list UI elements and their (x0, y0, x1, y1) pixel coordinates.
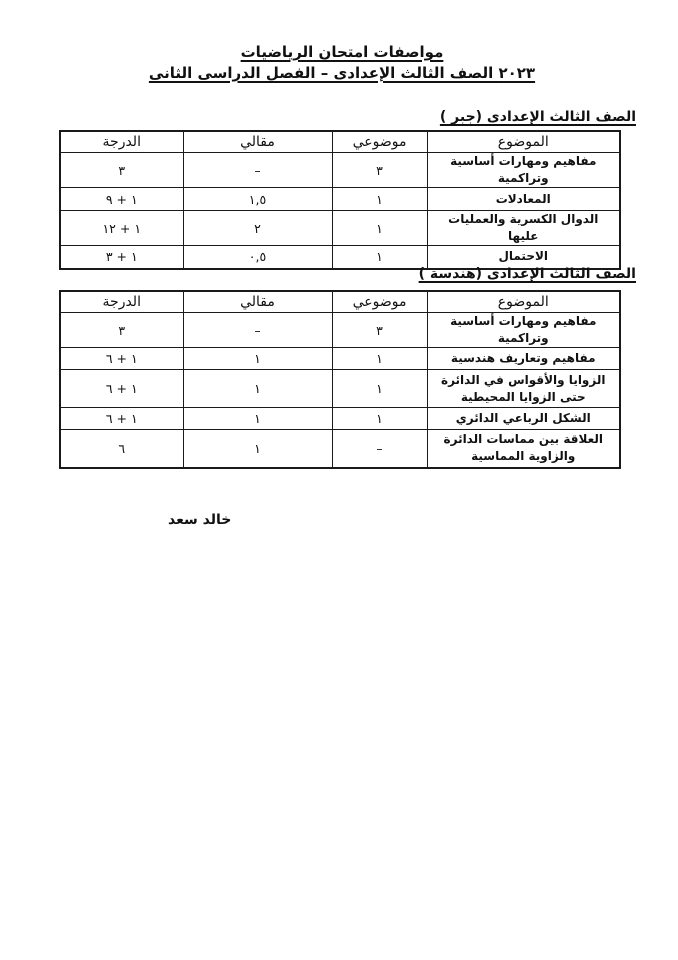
cell-topic: مفاهيم ومهارات أساسية وتراكمية (427, 313, 620, 348)
cell-topic: مفاهيم وتعاريف هندسية (427, 348, 620, 370)
cell-essay: ١ (183, 348, 332, 370)
cell-grade: ٦ (60, 430, 183, 468)
cell-essay: – (183, 313, 332, 348)
cell-objective: ٣ (332, 313, 427, 348)
column-header-topic: الموضوع (427, 291, 620, 313)
cell-essay: ١ (183, 408, 332, 430)
cell-essay: ٠,٥ (183, 246, 332, 269)
table-row: الشكل الرباعي الدائري ١ ١ ١ + ٦ (60, 408, 620, 430)
column-header-grade: الدرجة (60, 291, 183, 313)
cell-grade: ٣ (60, 313, 183, 348)
cell-grade: ١ + ٣ (60, 246, 183, 269)
table-row: الزوايا والأقواس في الدائرة حتى الزوايا … (60, 370, 620, 408)
column-header-objective: موضوعي (332, 131, 427, 153)
cell-essay: ١ (183, 430, 332, 468)
cell-objective: ١ (332, 188, 427, 211)
cell-objective: ١ (332, 211, 427, 246)
cell-grade: ١ + ٦ (60, 348, 183, 370)
column-header-topic: الموضوع (427, 131, 620, 153)
cell-topic: الزوايا والأقواس في الدائرة حتى الزوايا … (427, 370, 620, 408)
cell-objective: ١ (332, 408, 427, 430)
author-signature: خالد سعد (168, 512, 231, 528)
cell-objective: – (332, 430, 427, 468)
table-row: المعادلات ١ ١,٥ ١ + ٩ (60, 188, 620, 211)
document-subtitle: ٢٠٢٣ الصف الثالث الإعدادى – الفصل الدراس… (3, 63, 678, 83)
table-row: مفاهيم ومهارات أساسية وتراكمية ٣ – ٣ (60, 313, 620, 348)
table-header-row: الموضوع موضوعي مقالي الدرجة (60, 291, 620, 313)
cell-topic: الدوال الكسرية والعمليات عليها (427, 211, 620, 246)
algebra-section-heading: الصف الثالث الإعدادى (جبر ) (440, 108, 636, 126)
cell-topic: المعادلات (427, 188, 620, 211)
cell-grade: ١ + ٩ (60, 188, 183, 211)
geometry-spec-table: الموضوع موضوعي مقالي الدرجة مفاهيم ومهار… (59, 290, 621, 469)
cell-essay: ١,٥ (183, 188, 332, 211)
cell-essay: ٢ (183, 211, 332, 246)
cell-grade: ٣ (60, 153, 183, 188)
cell-topic: العلاقة بين مماسات الدائرة والزاوية المم… (427, 430, 620, 468)
table-header-row: الموضوع موضوعي مقالي الدرجة (60, 131, 620, 153)
cell-topic: الشكل الرباعي الدائري (427, 408, 620, 430)
table-row: مفاهيم ومهارات أساسية وتراكمية ٣ – ٣ (60, 153, 620, 188)
table-row: مفاهيم وتعاريف هندسية ١ ١ ١ + ٦ (60, 348, 620, 370)
cell-grade: ١ + ٦ (60, 408, 183, 430)
column-header-grade: الدرجة (60, 131, 183, 153)
geometry-section-heading: الصف الثالث الإعدادى (هندسة ) (419, 265, 636, 283)
column-header-essay: مقالي (183, 131, 332, 153)
cell-essay: – (183, 153, 332, 188)
cell-topic: مفاهيم ومهارات أساسية وتراكمية (427, 153, 620, 188)
document-title: مواصفات امتحان الرياضيات (3, 42, 678, 62)
cell-grade: ١ + ١٢ (60, 211, 183, 246)
table-row: الدوال الكسرية والعمليات عليها ١ ٢ ١ + ١… (60, 211, 620, 246)
column-header-essay: مقالي (183, 291, 332, 313)
cell-essay: ١ (183, 370, 332, 408)
cell-objective: ١ (332, 370, 427, 408)
cell-objective: ١ (332, 348, 427, 370)
table-row: العلاقة بين مماسات الدائرة والزاوية المم… (60, 430, 620, 468)
column-header-objective: موضوعي (332, 291, 427, 313)
cell-objective: ١ (332, 246, 427, 269)
algebra-spec-table: الموضوع موضوعي مقالي الدرجة مفاهيم ومهار… (59, 130, 621, 270)
cell-grade: ١ + ٦ (60, 370, 183, 408)
cell-objective: ٣ (332, 153, 427, 188)
